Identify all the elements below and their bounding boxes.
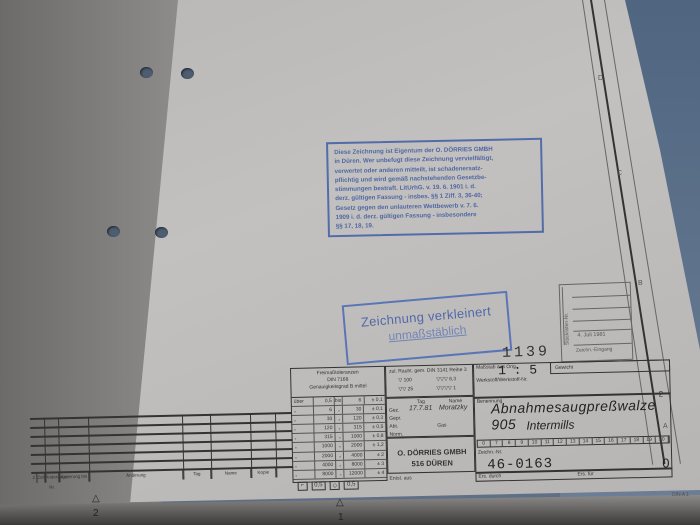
drawn-date: 17.7.81 xyxy=(409,405,433,413)
cell: 315 xyxy=(314,433,336,442)
table-line xyxy=(30,430,292,437)
change-col-until: Änderung bis xyxy=(59,472,89,483)
cell: 4000 xyxy=(344,451,366,460)
table-line xyxy=(30,421,292,428)
cell: „ xyxy=(336,433,344,441)
cell: „ xyxy=(335,406,343,414)
form-code: DIN A 1 xyxy=(672,492,689,498)
change-col-day: Tag xyxy=(183,469,211,480)
receipt-vertical-label: Stücklisten-Nr. xyxy=(562,287,575,345)
cell: 2000 xyxy=(314,452,336,461)
cell: „ xyxy=(336,460,344,468)
sheet-number: 1139 xyxy=(502,343,551,362)
punch-hole xyxy=(140,67,153,78)
margin-letter-d: D xyxy=(598,75,603,82)
cell: „ xyxy=(293,434,315,443)
margin-letter-c: C xyxy=(617,170,622,177)
receipt-stamp: Stücklisten-Nr. 4. Juli 1981 Zeichn.-Ein… xyxy=(559,282,634,362)
cell: ± 3 xyxy=(366,459,387,468)
cell: bis xyxy=(335,397,343,405)
cell: 6 xyxy=(313,406,335,415)
ruler-cell: 13 xyxy=(567,438,580,444)
department: Gas xyxy=(437,422,446,428)
punch-hole xyxy=(107,226,120,237)
ruler-cell: 14 xyxy=(580,438,593,444)
ruler-cell: 18 xyxy=(630,437,643,443)
triangle-marker-icon: △ xyxy=(336,497,344,508)
roughness-symbol: ▽▽▽ 6,3 xyxy=(436,376,456,382)
receipt-row-line xyxy=(573,319,631,322)
cell: 8000 xyxy=(344,460,366,469)
cell: 4000 xyxy=(315,461,337,470)
company-city: 516 DÜREN xyxy=(392,457,472,470)
ruler-cell: 0 xyxy=(478,440,491,446)
change-table: Z Zahl Änderungs-Nr. Änderung bis Änderu… xyxy=(30,412,293,483)
cell: „ xyxy=(293,470,315,479)
change-col-number: Änderungs-Nr. xyxy=(45,472,59,482)
cell: 1000 xyxy=(343,433,365,442)
roughness-symbol: ▽▽ 25 xyxy=(398,386,413,392)
angle-tolerance-value: 0,5 xyxy=(311,481,326,490)
cell: ± 0,1 xyxy=(364,405,385,414)
punch-hole xyxy=(155,227,168,238)
company-name: O. DÖRRIES GMBH 516 DÜREN xyxy=(392,446,472,470)
drawn-by: Moratzky xyxy=(439,404,468,412)
roughness-header: zul. Rauht. gem. DIN 3141 Reihe 3 xyxy=(389,367,467,375)
receipt-date: 4. Juli 1981 xyxy=(577,332,605,339)
created-from-label: Entst. aus xyxy=(389,475,411,482)
weight-label: Gewicht xyxy=(555,365,573,371)
ruler-cell: 10 xyxy=(529,439,542,445)
cell: „ xyxy=(292,407,314,416)
cell: „ xyxy=(293,452,315,461)
drawing-title: Abnahmesaugpreßwalze 905 xyxy=(491,396,677,432)
ruler-cell: 15 xyxy=(592,438,605,444)
cell: ± 0,3 xyxy=(365,414,386,423)
sign-off-block: Tag Name Gez. 17.7.81 Moratzky Gepr. Abt… xyxy=(386,396,475,438)
tolerance-header: Freimaßtoleranzen DIN 7168 Genauigkeitsg… xyxy=(291,367,385,398)
replaced-by-label: Ers. durch xyxy=(478,473,501,480)
cell: ± 0,1 xyxy=(364,396,385,405)
zone-number: 2 xyxy=(93,508,99,519)
ruler-cell: 12 xyxy=(554,439,567,445)
drawing-no-label: Zeichn.-Nr. xyxy=(478,449,503,456)
cell: 315 xyxy=(343,424,365,433)
cell: „ xyxy=(292,416,314,425)
ruler-cell: 7 xyxy=(490,440,503,446)
cell: 120 xyxy=(314,424,336,433)
table-line xyxy=(31,457,293,464)
triangle-marker-icon: △ xyxy=(92,493,100,504)
revision-mark: 2 xyxy=(659,390,664,399)
zone-number: 1 xyxy=(338,512,344,523)
cell: 8000 xyxy=(315,470,337,479)
ruler-cell: 8 xyxy=(503,440,516,446)
cell: ± 4 xyxy=(366,469,387,478)
change-col-copy: Kopie xyxy=(251,467,276,478)
ruler-cell: 19 xyxy=(643,437,656,443)
copyright-stamp: Diese Zeichnung ist Eigentum der O. DÖRR… xyxy=(326,138,544,238)
cell: ± 0,5 xyxy=(365,423,386,432)
receipt-row-line xyxy=(573,307,631,310)
cell: „ xyxy=(335,415,343,423)
cell: „ xyxy=(336,451,344,459)
sign-off-label: Gepr. xyxy=(389,415,401,421)
ruler-cell: 9 xyxy=(516,440,529,446)
cell: über xyxy=(292,397,314,406)
cell: „ xyxy=(336,470,344,478)
ruler-cell: 17 xyxy=(618,437,631,443)
roughness-symbol: ▽▽▽▽ 1 xyxy=(436,385,456,391)
sign-off-label: Abt. xyxy=(389,424,398,430)
cell: 2000 xyxy=(344,442,366,451)
shape-tolerance-icon: ◇ xyxy=(329,481,340,490)
surface-roughness-block: zul. Rauht. gem. DIN 3141 Reihe 3 ▽ 100 … xyxy=(385,364,474,398)
cell: 12000 xyxy=(344,469,366,478)
cell: „ xyxy=(336,442,344,450)
material-label: Werkstoff/Werkstoff-Nr. xyxy=(476,377,527,384)
table-line xyxy=(31,448,293,455)
cell: 120 xyxy=(343,415,365,424)
cell: 30 xyxy=(343,405,365,414)
cell: 0,5 xyxy=(313,397,335,406)
ruler-cell: 20 xyxy=(656,436,669,442)
punch-hole xyxy=(181,68,194,79)
cell: „ xyxy=(335,424,343,432)
ruler-cell: 16 xyxy=(605,438,618,444)
margin-letter-b: B xyxy=(638,280,643,287)
tolerance-table: Freimaßtoleranzen DIN 7168 Genauigkeitsg… xyxy=(290,366,388,483)
cell: 1000 xyxy=(314,442,336,451)
receipt-row-line xyxy=(574,343,632,346)
cell: ± 1,2 xyxy=(365,441,386,450)
drawing-subtitle: Intermills xyxy=(526,418,574,433)
receipt-label: Zeichn.-Eingang xyxy=(576,346,613,353)
change-col-zahl: Zahl xyxy=(37,473,45,483)
tolerance-footer: ⌐ 0,5 ◇ 0,5 xyxy=(294,478,387,493)
table-line xyxy=(31,439,293,446)
roughness-symbol: ▽ 100 xyxy=(398,377,412,383)
receipt-row-line xyxy=(572,295,630,298)
ruler-cell: 11 xyxy=(541,439,554,445)
change-col-name: Name xyxy=(211,468,251,479)
angle-tolerance-icon: ⌐ xyxy=(298,481,308,490)
title-block: Freimaßtoleranzen DIN 7168 Genauigkeitsg… xyxy=(290,359,678,486)
cell: 30 xyxy=(314,415,336,424)
cell: ± 0,8 xyxy=(365,432,386,441)
sign-off-label: Gez. xyxy=(389,408,400,414)
tolerance-grade: Genauigkeitsgrad B mittel xyxy=(291,383,384,392)
cell: „ xyxy=(293,443,315,452)
replaces-label: Ers. für xyxy=(577,471,593,477)
cell: 6 xyxy=(343,396,365,405)
cell: „ xyxy=(293,461,315,470)
shape-tolerance-value: 0,5 xyxy=(344,480,359,489)
cell: ± 2 xyxy=(365,450,386,459)
cell: „ xyxy=(292,425,314,434)
change-col-change: Änderung xyxy=(89,470,183,482)
